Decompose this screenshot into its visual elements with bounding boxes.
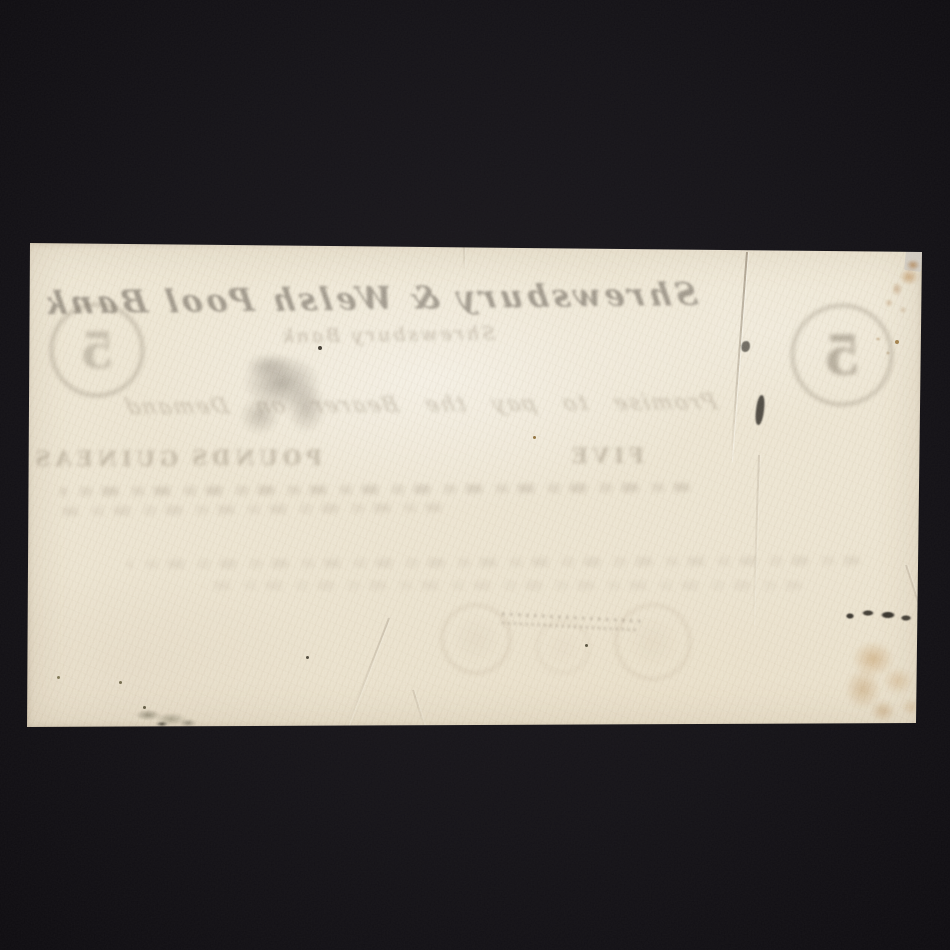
tan-stain-bottom-right <box>843 641 939 727</box>
stains-and-creases-layer <box>27 243 922 728</box>
vertical-crease-lower <box>752 455 760 625</box>
rust-speckles <box>870 333 896 361</box>
wrinkle-right-edge <box>917 633 929 705</box>
foxing-speck <box>119 681 122 684</box>
ink-dash-on-crease <box>754 395 766 426</box>
foxing-speck <box>533 436 536 439</box>
foxing-speck <box>57 676 60 679</box>
smudge-bottom-left <box>126 701 204 729</box>
foxing-speck <box>585 644 588 647</box>
foxing-speck <box>895 340 899 344</box>
small-crease-top <box>463 245 465 272</box>
banknote: Shrewsbury & Welsh Pool Bank Shrewsbury … <box>27 243 922 728</box>
foxing-speck <box>318 346 322 350</box>
rust-stain-top-right <box>879 255 931 317</box>
foxing-speck <box>306 656 309 659</box>
diagonal-crease-bottom <box>412 690 426 729</box>
vertical-crease <box>730 252 748 463</box>
diagonal-crease-bottom <box>346 618 390 729</box>
foxing-speck <box>143 706 146 709</box>
photo-stage: Shrewsbury & Welsh Pool Bank Shrewsbury … <box>0 0 950 950</box>
black-ink-smudge-bottom-right <box>840 606 944 626</box>
ink-spot-on-crease <box>741 341 750 352</box>
